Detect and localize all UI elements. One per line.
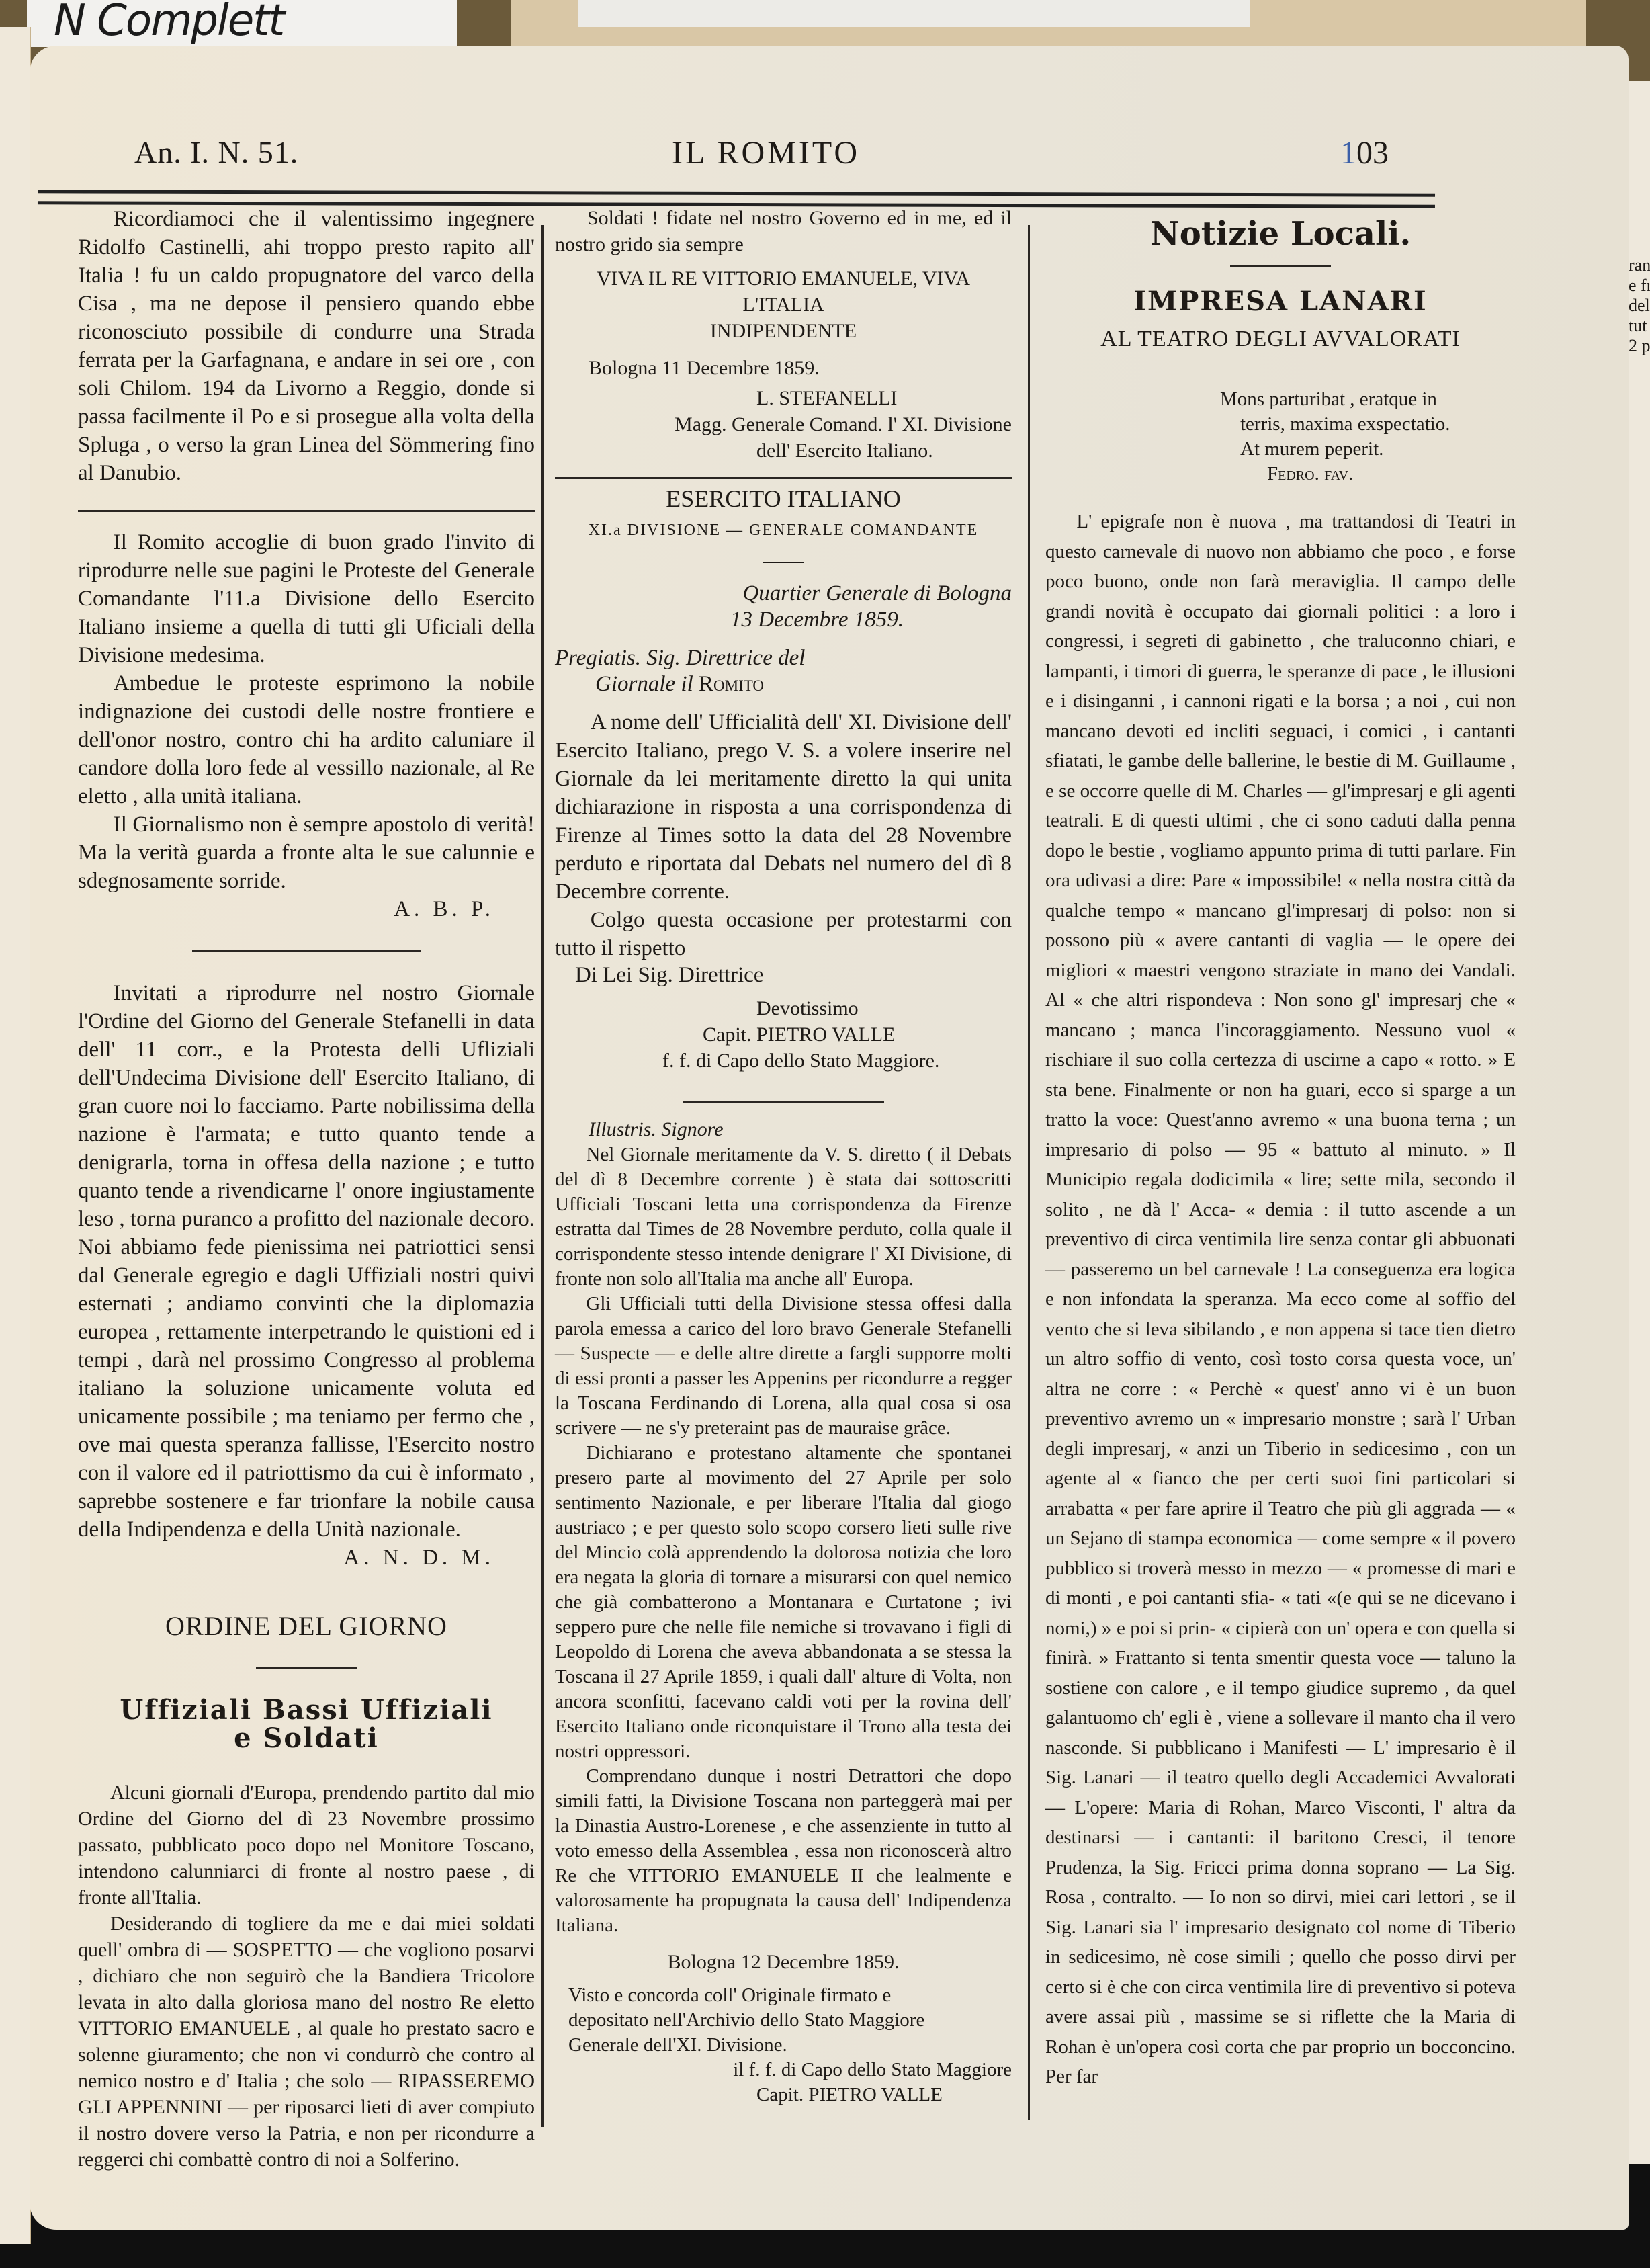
certifier-name: Capit. PIETRO VALLE (555, 2083, 1012, 2107)
page-number: 103 (1340, 134, 1389, 171)
paragraph: Il Giornalismo non è sempre apostolo di … (78, 810, 535, 895)
epigraph: Mons parturibat , eratque in (1045, 387, 1516, 412)
salutation: Pregiatis. Sig. Direttrice del (555, 645, 1012, 671)
article-subheading: AL TEATRO DEGLI AVVALORATI (1045, 325, 1516, 353)
epigraph: At murem peperit. (1045, 437, 1516, 462)
epigraph: terris, maxima exspectatio. (1045, 412, 1516, 437)
handwritten-label-card: N Complett (27, 0, 457, 47)
paragraph: Il Romito accoglie di buon grado l'invit… (78, 528, 535, 669)
ordine-heading: ORDINE DEL GIORNO (78, 1612, 535, 1640)
section-rule (78, 510, 535, 512)
paragraph: Dichiarano e protestano altamente che sp… (555, 1441, 1012, 1764)
closing-devoted: Devotissimo (555, 995, 1012, 1021)
signatory-name: L. STEFANELLI (555, 385, 1012, 411)
certification: Visto e concorda coll' Originale firmato… (555, 1983, 1012, 2058)
masthead: An. I. N. 51. IL ROMITO 103 (134, 134, 1391, 175)
article-castinelli: Ricordiamoci che il valentissimo ingegne… (78, 205, 535, 487)
closing-name: Capit. PIETRO VALLE (555, 1021, 1012, 1048)
right-strip-fragment: ran (1629, 255, 1650, 276)
signatory-title: dell' Esercito Italiano. (555, 437, 1012, 464)
salutation: Giornale il Romito (555, 671, 1012, 698)
paragraph: Desiderando di togliere da me e dai miei… (78, 1910, 535, 2173)
column-3: Notizie Locali. IMPRESA LANARI AL TEATRO… (1045, 205, 1516, 2092)
issue-number: An. I. N. 51. (134, 134, 298, 170)
adjacent-left-page-edge (0, 27, 31, 2244)
dateline: Bologna 11 Decembre 1859. (555, 355, 1012, 381)
date-line: 13 Decembre 1859. (555, 607, 1012, 633)
section-rule (683, 1101, 884, 1103)
signature: A. N. D. M. (78, 1544, 535, 1572)
paragraph: Ambedue le proteste esprimono la nobile … (78, 669, 535, 810)
esercito-heading: ESERCITO ITALIANO (555, 486, 1012, 512)
salutation-prefix: Giornale il (595, 672, 693, 696)
printed-page-digits: 03 (1356, 135, 1389, 171)
section-rule (555, 477, 1012, 479)
ordine-subheading: Uffiziali Bassi Uffiziali (78, 1696, 535, 1724)
salutation-name: Romito (699, 672, 764, 696)
newspaper-title: IL ROMITO (672, 134, 860, 171)
ordine-subheading: e Soldati (78, 1724, 535, 1753)
section-heading-notizie-locali: Notizie Locali. (1045, 220, 1516, 248)
heading-rule (1230, 265, 1331, 267)
signatory-title: Magg. Generale Comand. l' XI. Divisione (555, 411, 1012, 437)
paragraph: Gli Ufficiali tutti della Divisione stes… (555, 1292, 1012, 1441)
handwritten-label: N Complett (54, 0, 284, 46)
paragraph: A nome dell' Ufficialità dell' XI. Divis… (555, 708, 1012, 906)
certifier-title: il f. f. di Capo dello Stato Maggiore (555, 2058, 1012, 2083)
column-divider (1028, 225, 1030, 2120)
closing-title: f. f. di Capo dello Stato Maggiore. (555, 1048, 1012, 1074)
acclamation: INDIPENDENTE (555, 318, 1012, 344)
right-strip-fragment: e fr (1629, 276, 1650, 296)
esercito-subheading: XI.a DIVISIONE — GENERALE COMANDANTE (555, 517, 1012, 544)
paragraph: Nel Giornale meritamente da V. S. dirett… (555, 1142, 1012, 1292)
background-paper-sheet (578, 0, 1250, 27)
adjacent-right-page-strip: ran e fr dell tut 2 p (1626, 81, 1650, 2164)
handwritten-digit: 1 (1340, 135, 1356, 171)
paragraph: Colgo questa occasione per protestarmi c… (555, 906, 1012, 962)
paragraph: Alcuni giornali d'Europa, prendendo part… (78, 1779, 535, 1910)
column-divider (541, 225, 544, 2127)
column-2: Soldati ! fidate nel nostro Governo ed i… (555, 205, 1012, 2107)
signature: A. B. P. (78, 895, 535, 923)
dateline: Bologna 12 Decembre 1859. (555, 1949, 1012, 1975)
right-strip-fragment: 2 p (1629, 336, 1650, 356)
salutation: Illustris. Signore (555, 1116, 1012, 1142)
right-strip-fragment: tut (1629, 316, 1647, 336)
column-1: Ricordiamoci che il valentissimo ingegne… (78, 205, 535, 2173)
place-line: Quartier Generale di Bologna (555, 581, 1012, 607)
right-strip-fragment: dell (1629, 296, 1650, 316)
section-rule (192, 950, 421, 952)
paragraph: Comprendano dunque i nostri Detrattori c… (555, 1764, 1012, 1938)
closing: Di Lei Sig. Direttrice (555, 962, 1012, 989)
article-heading: IMPRESA LANARI (1045, 288, 1516, 316)
paragraph: Invitati a riprodurre nel nostro Giornal… (78, 979, 535, 1544)
dash: —— (555, 548, 1012, 574)
heading-rule (256, 1667, 357, 1669)
acclamation: VIVA IL RE VITTORIO EMANUELE, VIVA L'ITA… (555, 265, 1012, 318)
epigraph-source: Fedro. fav. (1045, 462, 1516, 487)
paragraph: L' epigrafe non è nuova , ma trattandosi… (1045, 507, 1516, 2092)
paragraph: Soldati ! fidate nel nostro Governo ed i… (555, 205, 1012, 257)
